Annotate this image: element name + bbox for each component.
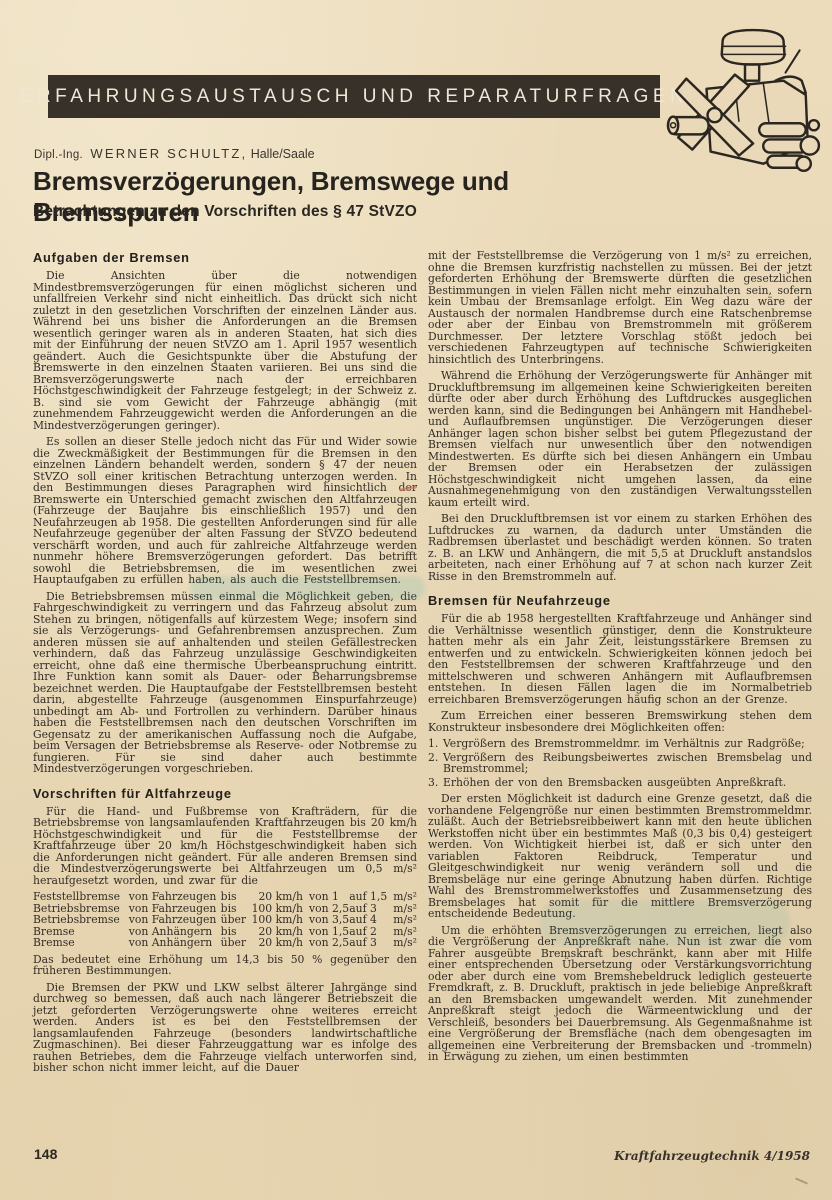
author-name: WERNER SCHULTZ, <box>90 146 247 161</box>
footer-journal-title: Kraftfahrzeugtechnik 4/1958 <box>614 1149 810 1163</box>
list-item: 1. Vergrößern des Bremstrommeldmr. im Ve… <box>428 738 812 750</box>
author-line: Dipl.-Ing. WERNER SCHULTZ, Halle/Saale <box>34 146 315 161</box>
paragraph: Bei den Druckluftbremsen ist vor einem z… <box>428 513 812 582</box>
column-left: Aufgaben der Bremsen Die Ansichten über … <box>33 250 417 1079</box>
table-row: Feststellbremse von Fahrzeugen bis 20 km… <box>33 891 417 903</box>
paragraph: mit der Feststellbremse die Verzögerung … <box>428 250 812 365</box>
pencil-mark <box>795 1177 808 1184</box>
paragraph: Für die ab 1958 hergestellten Kraftfahrz… <box>428 613 812 705</box>
paragraph: Der ersten Möglichkeit ist dadurch eine … <box>428 793 812 920</box>
paragraph: Das bedeutet eine Erhöhung um 14,3 bis 5… <box>33 954 417 977</box>
section-heading-aufgaben: Aufgaben der Bremsen <box>33 250 417 265</box>
paragraph: Die Ansichten über die notwendigen Minde… <box>33 270 417 431</box>
paragraph: Für die Hand- und Fußbremse von Krafträd… <box>33 806 417 887</box>
possibilities-list: 1. Vergrößern des Bremstrommeldmr. im Ve… <box>428 738 812 788</box>
paragraph: Um die erhöhten Bremsverzögerungen zu er… <box>428 925 812 1063</box>
banner-title: ERFAHRUNGSAUSTAUSCH UND REPARATURFRAGEN <box>20 86 689 108</box>
paragraph: Die Betriebsbremsen müssen einmal die Mö… <box>33 591 417 775</box>
paragraph: Zum Erreichen einer besseren Bremswirkun… <box>428 710 812 733</box>
section-banner: ERFAHRUNGSAUSTAUSCH UND REPARATURFRAGEN <box>48 75 660 118</box>
paragraph: Die Bremsen der PKW und LKW selbst älter… <box>33 982 417 1074</box>
author-location: Halle/Saale <box>251 147 315 161</box>
paragraph: Während die Erhöhung der Verzögerungswer… <box>428 370 812 508</box>
engine-illustration-icon <box>664 24 826 186</box>
column-right: mit der Feststellbremse die Verzögerung … <box>428 250 812 1079</box>
list-item: 3. Erhöhen der von den Bremsbacken ausge… <box>428 777 812 789</box>
journal-page: ERFAHRUNGSAUSTAUSCH UND REPARATURFRAGEN <box>0 0 832 1200</box>
list-item: 2. Vergrößern des Reibungsbeiwertes zwis… <box>428 752 812 775</box>
section-heading-altfahrzeuge: Vorschriften für Altfahrzeuge <box>33 786 417 801</box>
article-body: Aufgaben der Bremsen Die Ansichten über … <box>33 250 812 1079</box>
article-subtitle: Betrachtungen zu den Vorschriften des § … <box>33 203 593 221</box>
brake-values-table: Feststellbremse von Fahrzeugen bis 20 km… <box>33 891 417 949</box>
section-heading-neufahrzeuge: Bremsen für Neufahrzeuge <box>428 593 812 608</box>
footer-page-number: 148 <box>34 1146 57 1162</box>
table-row: Bremse von Anhängern über 20 km/h von 2,… <box>33 937 417 949</box>
author-degree: Dipl.-Ing. <box>34 149 83 161</box>
paragraph: Es sollen an dieser Stelle jedoch nicht … <box>33 436 417 586</box>
